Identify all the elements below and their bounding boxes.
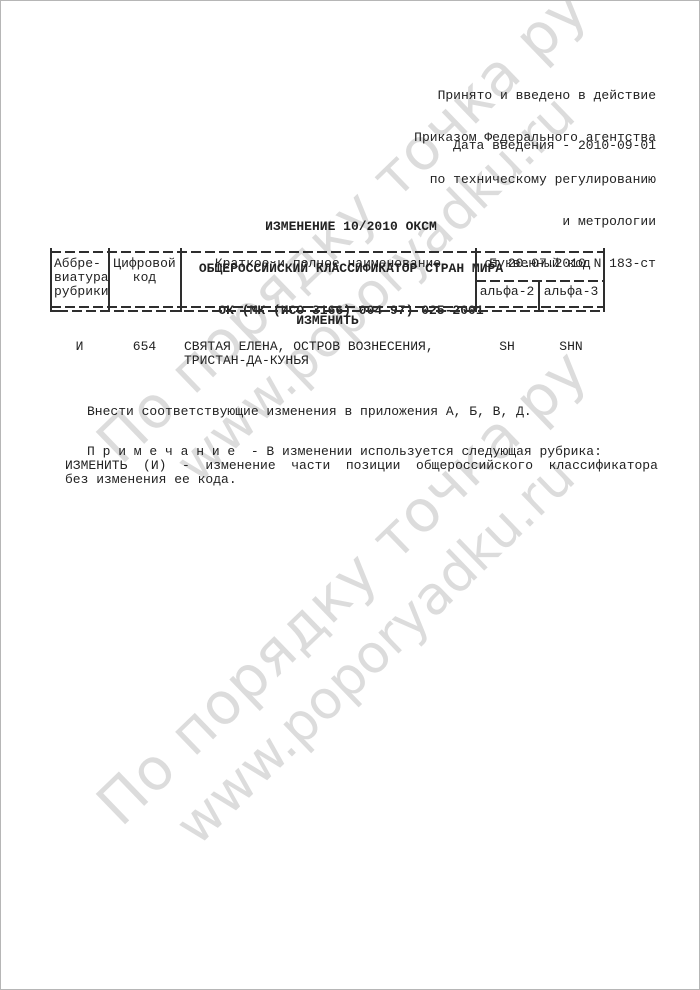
row-alpha2-cell: SH xyxy=(476,340,538,354)
letter-code-divider xyxy=(476,280,604,282)
table-header-bottom-border-2 xyxy=(51,310,604,312)
header-rubric-abbreviation: Аббре- виатура рубрики xyxy=(54,257,109,299)
adoption-line: Принято и введено в действие xyxy=(414,89,656,103)
header-alpha2: альфа-2 xyxy=(476,285,538,299)
table-header-bottom-border xyxy=(51,306,604,308)
header-alpha3: альфа-3 xyxy=(539,285,603,299)
introduction-date: Дата введения - 2010-09-01 xyxy=(453,139,656,153)
table-top-border xyxy=(51,251,604,253)
adoption-line: по техническому регулированию xyxy=(414,173,656,187)
row-rubric-cell: И xyxy=(51,340,108,354)
header-name: Краткое и полное наименование xyxy=(181,257,475,271)
note-line: без изменения ее кода. xyxy=(65,473,237,487)
header-numeric-code: Цифровой код xyxy=(109,257,180,285)
document-page: По порядку точка ру www.poporyadku.ru По… xyxy=(0,0,700,990)
title-line: ИЗМЕНЕНИЕ 10/2010 ОКСМ xyxy=(1,220,700,234)
section-label-change: ИЗМЕНИТЬ xyxy=(51,314,604,328)
table-left-border xyxy=(50,248,52,312)
row-name-cell: СВЯТАЯ ЕЛЕНА, ОСТРОВ ВОЗНЕСЕНИЯ, ТРИСТАН… xyxy=(184,340,434,368)
row-code-cell: 654 xyxy=(109,340,180,354)
note-line: П р и м е ч а н и е - В изменении исполь… xyxy=(87,445,602,459)
header-letter-code: Буквенный код xyxy=(476,257,604,271)
row-alpha3-cell: SHN xyxy=(539,340,603,354)
amendments-paragraph: Внести соответствующие изменения в прило… xyxy=(87,405,532,419)
note-line: ИЗМЕНИТЬ (И) - изменение части позиции о… xyxy=(65,459,658,473)
